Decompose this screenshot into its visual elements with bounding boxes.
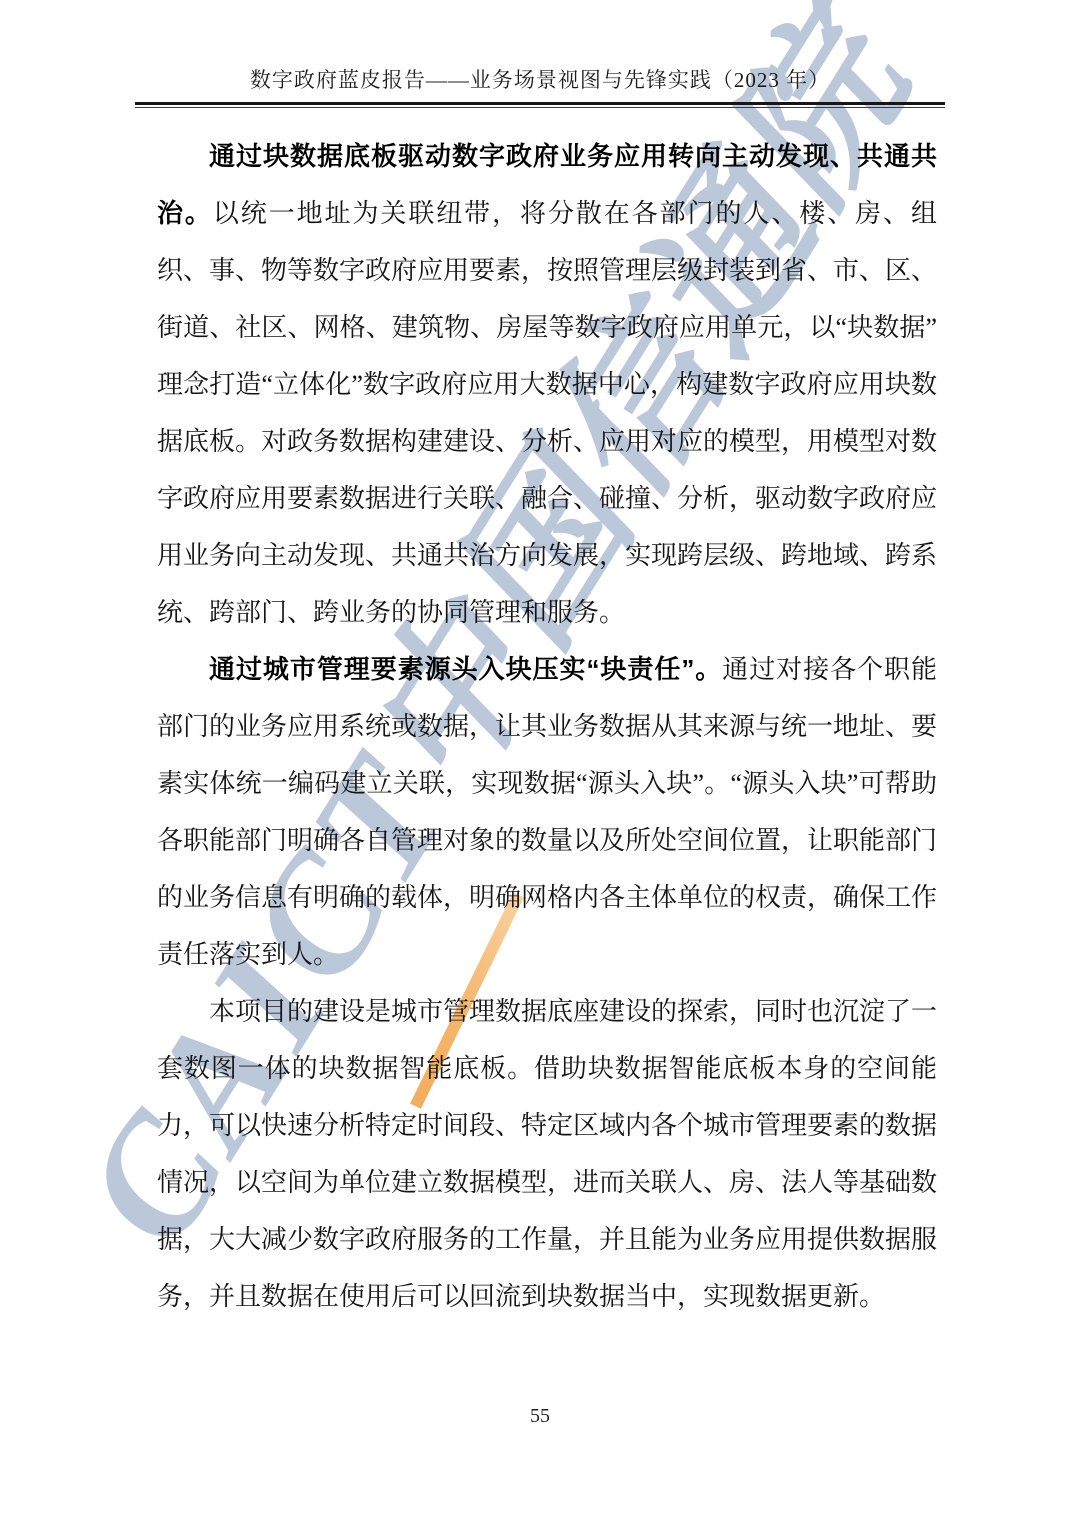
paragraph-body: 本项目的建设是城市管理数据底座建设的探索，同时也沉淀了一套数图一体的块数据智能底… [157,997,937,1311]
document-page: CAICT中国信通院 数字政府蓝皮报告——业务场景视图与先锋实践（2023 年）… [0,0,1080,1527]
header-rule-thick [135,102,945,105]
paragraph: 本项目的建设是城市管理数据底座建设的探索，同时也沉淀了一套数图一体的块数据智能底… [157,983,937,1325]
page-header: 数字政府蓝皮报告——业务场景视图与先锋实践（2023 年） [135,64,945,108]
paragraph-lead: 通过城市管理要素源头入块压实“块责任”。 [209,654,722,684]
page-number: 55 [0,1405,1080,1428]
paragraph: 通过城市管理要素源头入块压实“块责任”。通过对接各个职能部门的业务应用系统或数据… [157,641,937,983]
paragraph: 通过块数据底板驱动数字政府业务应用转向主动发现、共通共治。以统一地址为关联纽带，… [157,128,937,641]
paragraph-body: 以统一地址为关联纽带，将分散在各部门的人、楼、房、组织、事、物等数字政府应用要素… [157,199,937,627]
header-rule-thin [135,107,945,108]
header-title: 数字政府蓝皮报告——业务场景视图与先锋实践（2023 年） [135,64,945,94]
body-text: 通过块数据底板驱动数字政府业务应用转向主动发现、共通共治。以统一地址为关联纽带，… [157,128,937,1325]
paragraph-body: 通过对接各个职能部门的业务应用系统或数据，让其业务数据从其来源与统一地址、要素实… [157,655,937,969]
